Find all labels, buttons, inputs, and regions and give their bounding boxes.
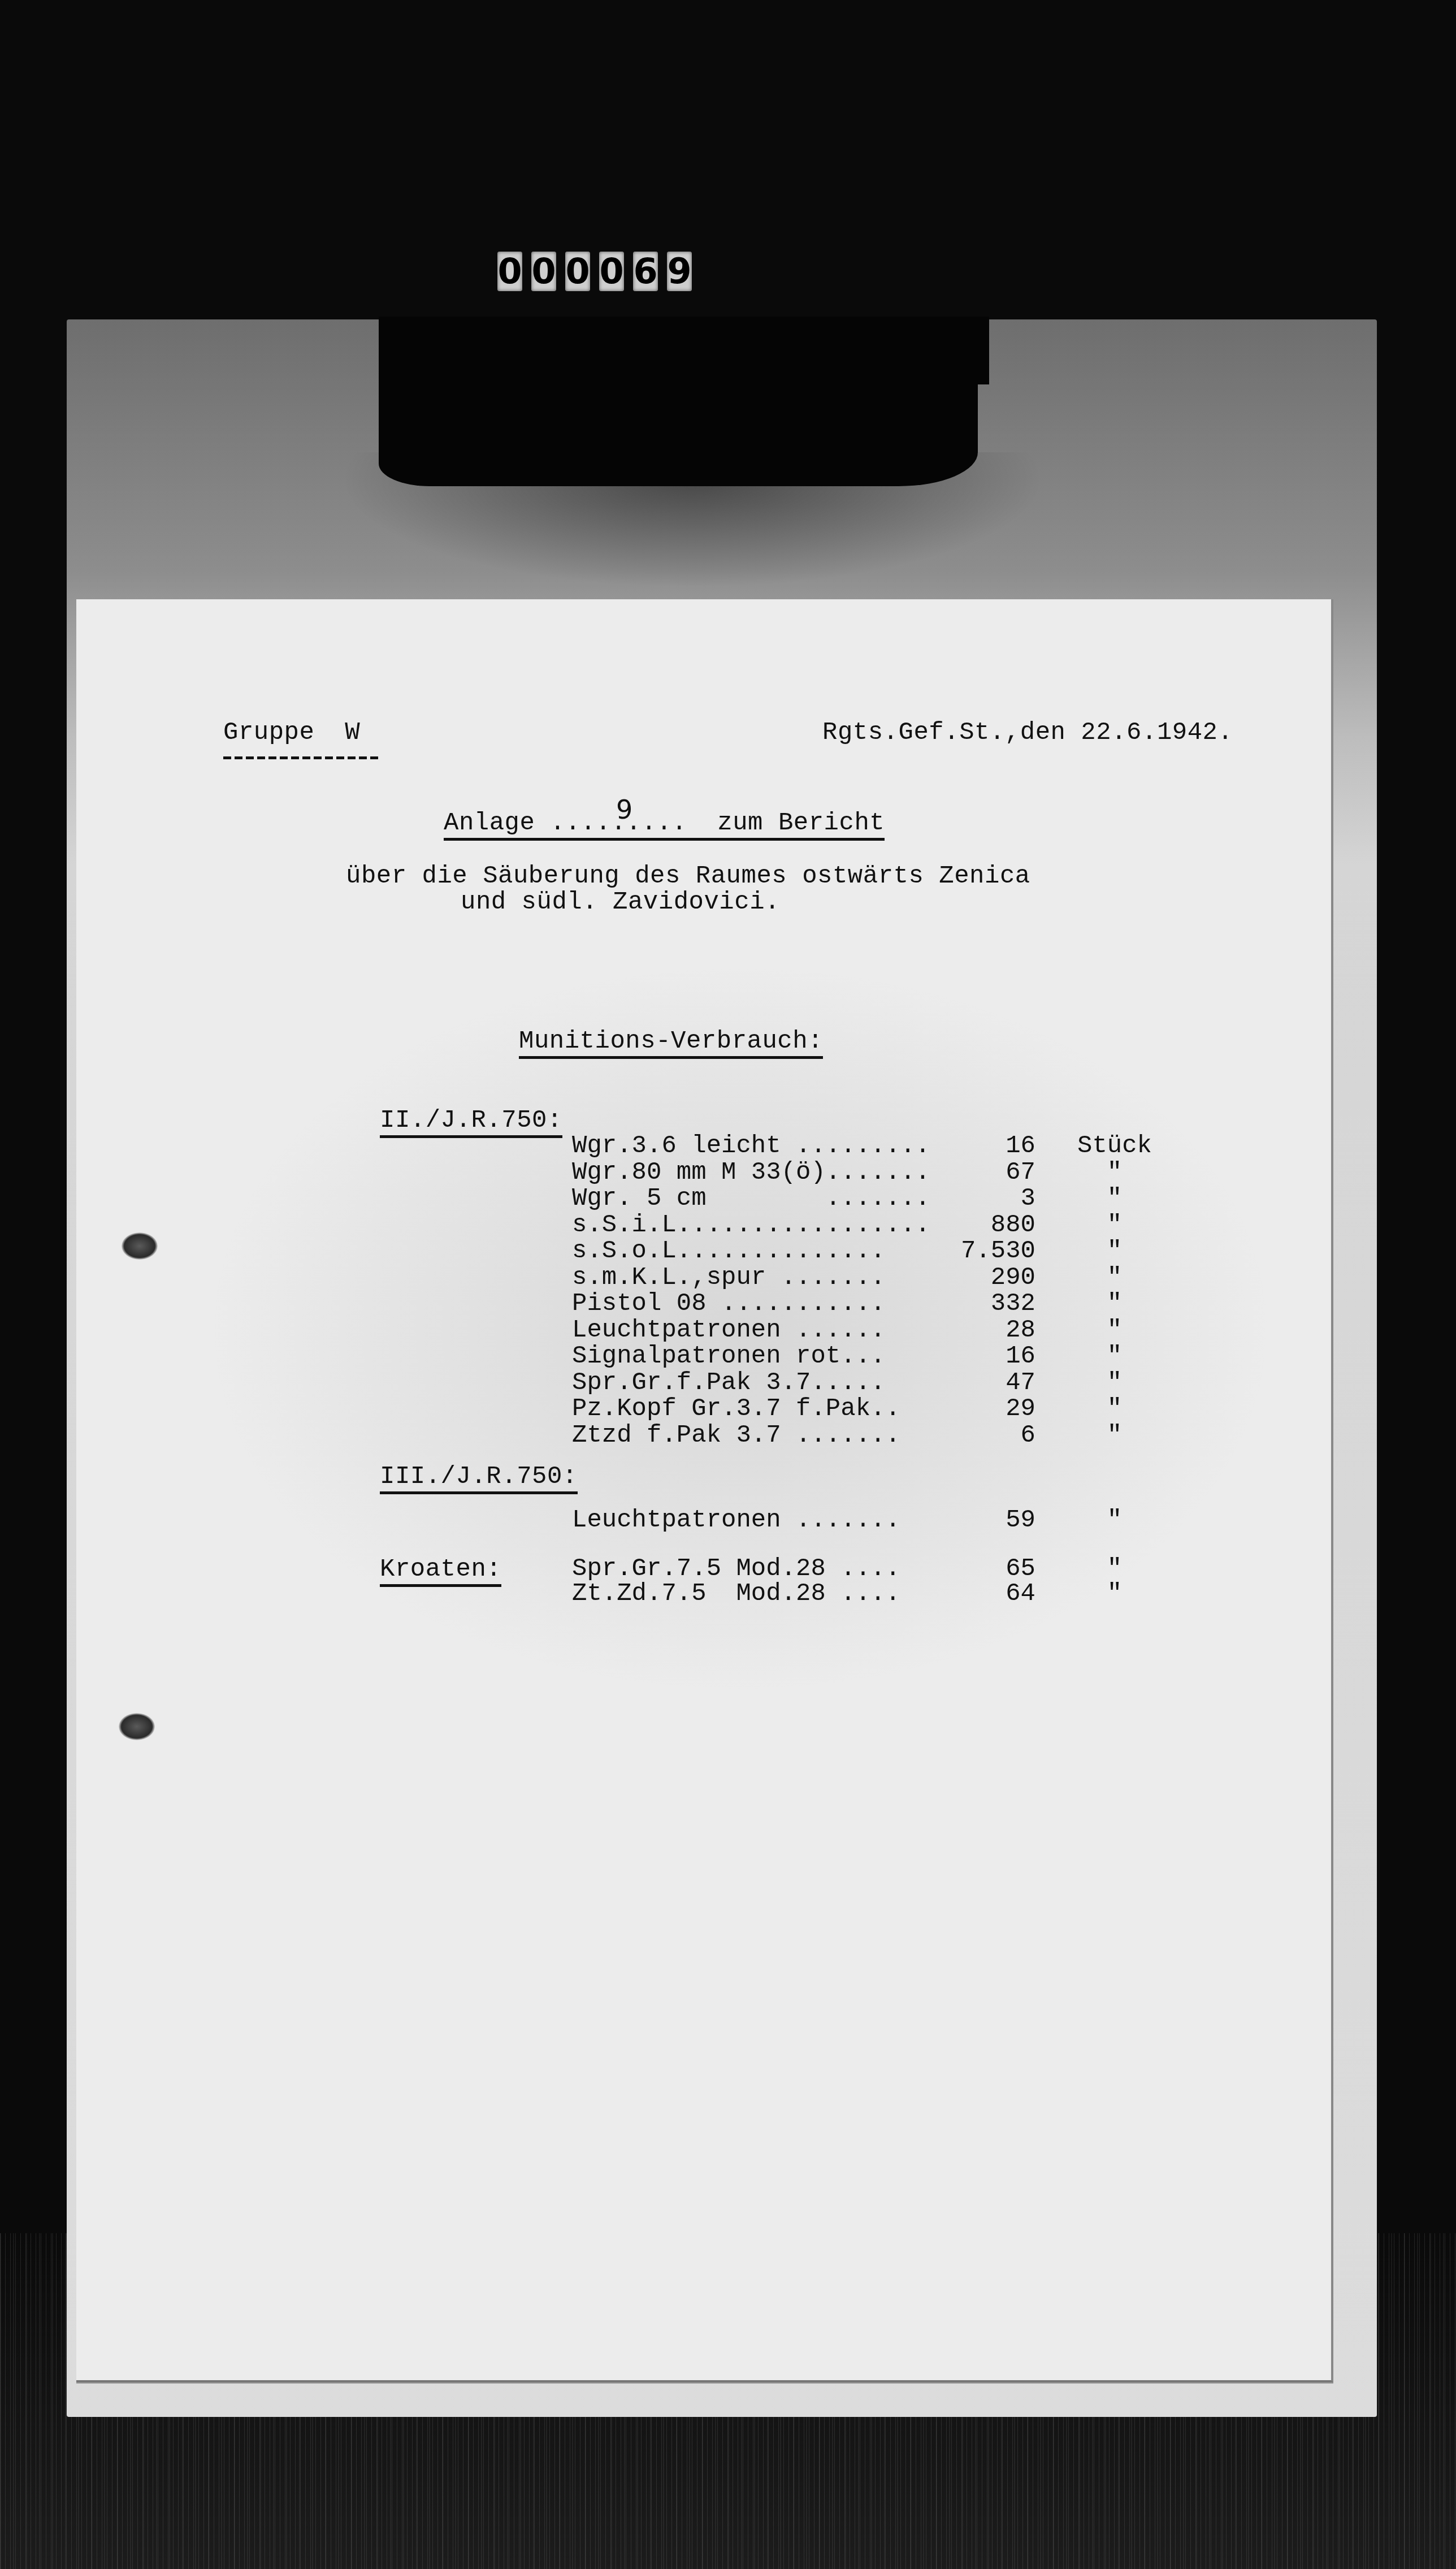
subtitle-line-1: über die Säuberung des Raumes ostwärts Z… — [346, 863, 1030, 890]
section-title: Munitions-Verbrauch: — [519, 1028, 823, 1059]
ammo-quantity: 16 — [945, 1343, 1035, 1369]
counter-digit: 0 — [599, 252, 624, 291]
ammo-unit: " — [1058, 1291, 1171, 1317]
ammo-quantity: 290 — [945, 1265, 1035, 1291]
ammo-unit: " — [1058, 1343, 1171, 1369]
ammo-item: Pz.Kopf Gr.3.7 f.Pak.. — [572, 1396, 900, 1422]
punch-hole-icon — [119, 1713, 155, 1740]
ammo-item: Leuchtpatronen ...... — [572, 1317, 886, 1343]
ammo-item: Pistol 08 ........... — [572, 1291, 886, 1317]
counter-digit: 0 — [531, 252, 556, 291]
frame-counter: 0 0 0 0 6 9 — [497, 252, 692, 308]
ammo-item: Wgr.80 mm M 33(ö)....... — [572, 1160, 930, 1186]
counter-digit: 0 — [565, 252, 590, 291]
counter-digit: 9 — [667, 252, 692, 291]
ammo-quantity: 28 — [945, 1317, 1035, 1343]
ammo-unit: " — [1058, 1186, 1171, 1212]
ammo-unit: Stück — [1058, 1133, 1171, 1159]
subtitle-line-2: und südl. Zavidovici. — [461, 889, 780, 916]
ammo-quantity: 67 — [945, 1160, 1035, 1186]
ammo-unit: " — [1058, 1212, 1171, 1238]
ammo-item: Spr.Gr.f.Pak 3.7..... — [572, 1370, 886, 1396]
ammo-item: Ztzd f.Pak 3.7 ....... — [572, 1422, 900, 1448]
unit-label: III./J.R.750: — [380, 1463, 578, 1494]
annex-title: Anlage ......... zum Bericht — [444, 810, 885, 841]
counter-digit: 6 — [633, 252, 658, 291]
ammo-quantity: 65 — [945, 1556, 1035, 1582]
ammo-quantity: 7.530 — [945, 1238, 1035, 1264]
ammo-quantity: 880 — [945, 1212, 1035, 1238]
ammo-item: s.m.K.L.,spur ....... — [572, 1265, 886, 1291]
ammo-quantity: 3 — [945, 1186, 1035, 1212]
ammo-quantity: 29 — [945, 1396, 1035, 1422]
ammo-item: Leuchtpatronen ....... — [572, 1507, 900, 1533]
header-group: Gruppe W — [223, 719, 360, 746]
ammo-item: s.S.o.L.............. — [572, 1238, 886, 1264]
ammo-unit: " — [1058, 1507, 1171, 1533]
ammo-quantity: 64 — [945, 1581, 1035, 1607]
ammo-quantity: 47 — [945, 1370, 1035, 1396]
ammo-unit: " — [1058, 1238, 1171, 1264]
ammo-quantity: 332 — [945, 1291, 1035, 1317]
ammo-unit: " — [1058, 1556, 1171, 1582]
ammo-item: Wgr.3.6 leicht ......... — [572, 1133, 930, 1159]
binder-clip-strip — [977, 317, 989, 384]
ammo-item: Zt.Zd.7.5 Mod.28 .... — [572, 1581, 900, 1607]
ammo-item: s.S.i.L................. — [572, 1212, 930, 1238]
ammo-quantity: 59 — [945, 1507, 1035, 1533]
binder-clip — [379, 317, 978, 486]
ammo-unit: " — [1058, 1422, 1171, 1448]
counter-digit: 0 — [497, 252, 522, 291]
ammo-unit: " — [1058, 1370, 1171, 1396]
unit-label: II./J.R.750: — [380, 1107, 562, 1138]
ammo-quantity: 6 — [945, 1422, 1035, 1448]
ammo-unit: " — [1058, 1581, 1171, 1607]
ammo-unit: " — [1058, 1396, 1171, 1422]
header-group-underline — [223, 756, 379, 759]
ammo-item: Spr.Gr.7.5 Mod.28 .... — [572, 1556, 900, 1582]
punch-hole-icon — [122, 1232, 158, 1260]
unit-label: Kroaten: — [380, 1556, 501, 1587]
ammo-unit: " — [1058, 1160, 1171, 1186]
ammo-quantity: 16 — [945, 1133, 1035, 1159]
ammo-item: Wgr. 5 cm ....... — [572, 1186, 930, 1212]
ammo-item: Signalpatronen rot... — [572, 1343, 886, 1369]
ammo-unit: " — [1058, 1317, 1171, 1343]
ammo-unit: " — [1058, 1265, 1171, 1291]
header-place-date: Rgts.Gef.St.,den 22.6.1942. — [822, 719, 1233, 746]
